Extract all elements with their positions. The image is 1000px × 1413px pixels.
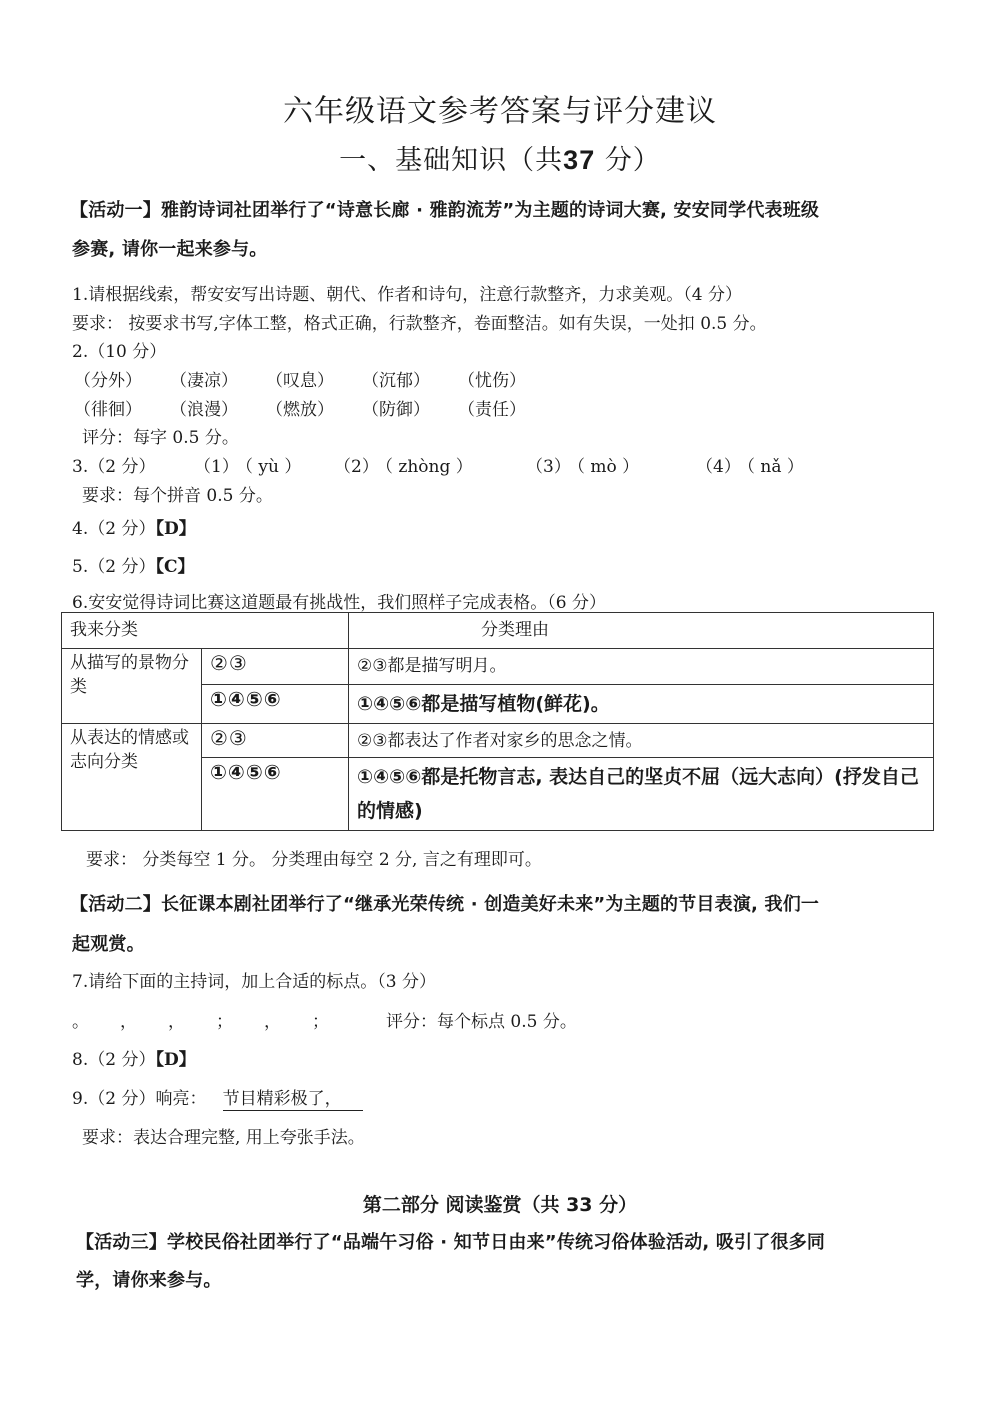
q2-scoring: 评分：每字 0.5 分。 bbox=[82, 423, 239, 448]
q4: 4.（2 分）【D】 bbox=[72, 514, 196, 539]
q3-pinyin: （ zhòng ） bbox=[376, 452, 526, 477]
table-row: 从描写的景物分类 ②③ ②③都是描写明月。 bbox=[62, 649, 934, 685]
q2-answer: （防御） bbox=[362, 395, 458, 420]
q6-text: 6.安安觉得诗词比赛这道题最有挑战性，我们照样子完成表格。（6 分） bbox=[72, 588, 606, 613]
q3-pinyin: （ mò ） bbox=[568, 452, 696, 477]
group-items: ①④⑤⑥ bbox=[202, 758, 349, 831]
q3-num: （3） bbox=[526, 452, 568, 477]
activity2-text: 长征课本剧社团举行了“继承光荣传统 · 创造美好未来”为主题的节目表演, 我们一 bbox=[161, 894, 819, 915]
table-header-reason: 分类理由 bbox=[349, 613, 934, 649]
q2-answer: （责任） bbox=[458, 395, 554, 420]
q9-text: 9.（2 分）响亮： bbox=[72, 1089, 206, 1109]
activity3-label: 【活动三】 bbox=[76, 1232, 167, 1253]
group-items: ②③ bbox=[202, 724, 349, 758]
part2-heading: 第二部分 阅读鉴赏（共 33 分） bbox=[0, 1190, 1000, 1217]
activity1-label: 【活动一】 bbox=[70, 200, 161, 221]
activity3-line2: 学，请你来参与。 bbox=[76, 1266, 222, 1292]
q3-num: （2） bbox=[334, 452, 376, 477]
q2-row2: （徘徊）（浪漫）（燃放）（防御）（责任） bbox=[74, 395, 554, 420]
part1-heading: 一、基础知识（共37 分） bbox=[0, 138, 1000, 177]
group-category: 从表达的情感或志向分类 bbox=[62, 724, 202, 831]
activity1-line1: 【活动一】雅韵诗词社团举行了“诗意长廊 · 雅韵流芳”为主题的诗词大赛, 安安同… bbox=[70, 196, 819, 222]
group-reason: ①④⑤⑥都是描写植物(鲜花)。 bbox=[349, 685, 934, 724]
q1-requirement: 要求： 按要求书写,字体工整，格式正确，行款整齐，卷面整洁。如有失误，一处扣 0… bbox=[72, 309, 767, 334]
q1-text: 1.请根据线索，帮安安写出诗题、朝代、作者和诗句，注意行款整齐，力求美观。（4 … bbox=[72, 280, 742, 305]
punctuation-mark: 。 bbox=[72, 1007, 120, 1032]
document-title: 六年级语文参考答案与评分建议 bbox=[0, 86, 1000, 130]
q3-num: （1） bbox=[194, 452, 236, 477]
activity3-text: 学校民俗社团举行了“品端午习俗 · 知节日由来”传统习俗体验活动, 吸引了很多同 bbox=[167, 1232, 825, 1253]
part1-heading-prefix: 一、基础知识（共 bbox=[339, 145, 563, 176]
q8: 8.（2 分）【D】 bbox=[72, 1045, 196, 1070]
table-row: 从表达的情感或志向分类 ②③ ②③都表达了作者对家乡的思念之情。 bbox=[62, 724, 934, 758]
q2-header: 2.（10 分） bbox=[72, 337, 166, 362]
activity1-text: 雅韵诗词社团举行了“诗意长廊 · 雅韵流芳”为主题的诗词大赛, 安安同学代表班级 bbox=[161, 200, 819, 221]
activity3-line1: 【活动三】学校民俗社团举行了“品端午习俗 · 知节日由来”传统习俗体验活动, 吸… bbox=[76, 1228, 825, 1254]
punctuation-mark: ； bbox=[312, 1007, 386, 1032]
q8-answer: 【D】 bbox=[155, 1050, 195, 1070]
group-reason: ②③都表达了作者对家乡的思念之情。 bbox=[349, 724, 934, 758]
punctuation-mark: ， bbox=[168, 1007, 216, 1032]
q2-answer: （沉郁） bbox=[362, 366, 458, 391]
q2-answer: （燃放） bbox=[266, 395, 362, 420]
q3-pinyin: （ nǎ ） bbox=[738, 457, 804, 477]
activity2-line1: 【活动二】长征课本剧社团举行了“继承光荣传统 · 创造美好未来”为主题的节目表演… bbox=[70, 890, 819, 916]
q4-answer: 【D】 bbox=[155, 519, 195, 539]
q4-text: 4.（2 分） bbox=[72, 519, 155, 539]
activity1-line2: 参赛, 请你一起来参与。 bbox=[72, 235, 268, 261]
punctuation-mark: ， bbox=[120, 1007, 168, 1032]
q2-row1: （分外）（凄凉）（叹息）（沉郁）（忧伤） bbox=[74, 366, 554, 391]
q2-answer: （徘徊） bbox=[74, 395, 170, 420]
q3-header: 3.（2 分） bbox=[72, 452, 194, 477]
q2-answer: （分外） bbox=[74, 366, 170, 391]
q5-answer: 【C】 bbox=[155, 557, 194, 577]
q3-num: （4） bbox=[696, 452, 738, 477]
q5: 5.（2 分）【C】 bbox=[72, 552, 194, 577]
q7-punctuation: 。，，；，；评分：每个标点 0.5 分。 bbox=[72, 1007, 577, 1032]
q2-answer: （忧伤） bbox=[458, 366, 554, 391]
q7-text: 7.请给下面的主持词，加上合适的标点。（3 分） bbox=[72, 967, 436, 992]
q6-requirement: 要求： 分类每空 1 分。 分类理由每空 2 分, 言之有理即可。 bbox=[86, 845, 542, 870]
group-reason: ①④⑤⑥都是托物言志, 表达自己的坚贞不屈（远大志向）(抒发自己的情感) bbox=[349, 758, 934, 831]
punctuation-mark: ； bbox=[216, 1007, 264, 1032]
q2-answer: （叹息） bbox=[266, 366, 362, 391]
q2-answer: （凄凉） bbox=[170, 366, 266, 391]
q2-answer: （浪漫） bbox=[170, 395, 266, 420]
group-items: ①④⑤⑥ bbox=[202, 685, 349, 724]
punctuation-mark: ， bbox=[264, 1007, 312, 1032]
activity2-line2: 起观赏。 bbox=[72, 930, 145, 956]
q9-answer: 节目精彩极了， bbox=[223, 1084, 363, 1111]
activity2-label: 【活动二】 bbox=[70, 894, 161, 915]
group-reason: ②③都是描写明月。 bbox=[349, 649, 934, 685]
group-items: ②③ bbox=[202, 649, 349, 685]
q7-scoring: 评分：每个标点 0.5 分。 bbox=[386, 1012, 577, 1032]
part1-heading-suffix: 分） bbox=[605, 145, 661, 176]
q3-row: 3.（2 分）（1）（ yù ）（2）（ zhòng ）（3）（ mò ）（4）… bbox=[72, 452, 804, 477]
group-category: 从描写的景物分类 bbox=[62, 649, 202, 724]
q3-requirement: 要求：每个拼音 0.5 分。 bbox=[82, 481, 273, 506]
part1-points: 37 bbox=[563, 145, 595, 175]
q5-text: 5.（2 分） bbox=[72, 557, 155, 577]
q3-pinyin: （ yù ） bbox=[236, 452, 334, 477]
classification-table: 我来分类 分类理由 从描写的景物分类 ②③ ②③都是描写明月。 ①④⑤⑥ ①④⑤… bbox=[61, 612, 934, 831]
table-header-row: 我来分类 分类理由 bbox=[62, 613, 934, 649]
q9-requirement: 要求：表达合理完整, 用上夸张手法。 bbox=[82, 1123, 365, 1148]
table-header-category: 我来分类 bbox=[62, 613, 349, 649]
q8-text: 8.（2 分） bbox=[72, 1050, 155, 1070]
q9: 9.（2 分）响亮： 节目精彩极了， bbox=[72, 1084, 363, 1111]
